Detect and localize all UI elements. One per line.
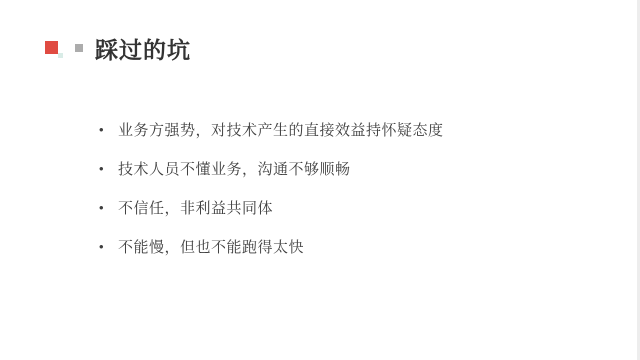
mint-square-decoration [58,53,63,58]
list-item: •业务方强势，对技术产生的直接效益持怀疑态度 [99,110,444,149]
slide-title: 踩过的坑 [95,36,191,64]
list-item: •不信任，非利益共同体 [99,188,444,227]
red-square-decoration [45,41,58,54]
bullet-text: 不信任，非利益共同体 [118,197,273,218]
presentation-slide: 踩过的坑 •业务方强势，对技术产生的直接效益持怀疑态度•技术人员不懂业务，沟通不… [0,0,640,360]
bullet-text: 业务方强势，对技术产生的直接效益持怀疑态度 [118,119,444,140]
bullet-marker: • [99,161,118,176]
bullet-marker: • [99,122,118,137]
list-item: •不能慢，但也不能跑得太快 [99,227,444,266]
list-item: •技术人员不懂业务，沟通不够顺畅 [99,149,444,188]
bullet-text: 不能慢，但也不能跑得太快 [118,236,304,257]
bullet-list: •业务方强势，对技术产生的直接效益持怀疑态度•技术人员不懂业务，沟通不够顺畅•不… [99,110,444,266]
bullet-marker: • [99,200,118,215]
bullet-text: 技术人员不懂业务，沟通不够顺畅 [118,158,351,179]
gray-square-decoration [75,44,83,52]
bullet-marker: • [99,239,118,254]
